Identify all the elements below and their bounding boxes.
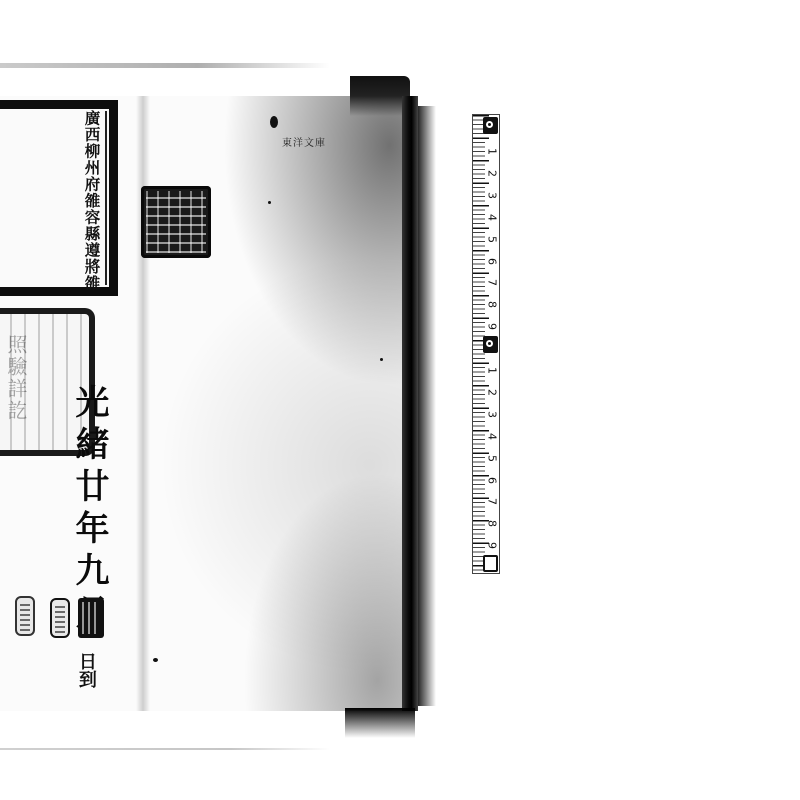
ink-spot	[268, 201, 271, 204]
ruler-number: 8	[486, 299, 499, 311]
small-seal-glyphs	[55, 603, 65, 633]
ruler-number: 5	[486, 233, 499, 245]
ruler-number: 3	[486, 189, 499, 201]
ruler-end-marker	[483, 555, 498, 572]
envelope: 廣西柳州府雒容縣遵將雒 照驗詳訖 東洋文庫 光緒廿年九月 日到	[0, 96, 420, 711]
ruler-number: 2	[486, 167, 499, 179]
ruler-number: 9	[486, 540, 499, 552]
seal-glyphs	[146, 191, 206, 253]
envelope-spine-edge	[402, 96, 418, 711]
sheet-edge-bottom	[0, 748, 330, 750]
envelope-shadow	[418, 106, 436, 706]
ruler-number: 5	[486, 452, 499, 464]
small-seal	[15, 596, 35, 636]
small-seal-glyphs	[20, 601, 30, 631]
sheet-edge-top	[0, 63, 330, 68]
ruler-number: 9	[486, 321, 499, 333]
ruler-number: 3	[486, 408, 499, 420]
sender-mark: 東洋文庫	[282, 134, 326, 149]
ruler-number: 4	[486, 430, 499, 442]
ruler-number: 1	[486, 146, 499, 158]
official-seal-square	[141, 186, 211, 258]
ink-spot	[380, 358, 383, 361]
ruler-start-marker	[483, 117, 498, 134]
date-seal-glyphs	[82, 602, 100, 634]
small-seal	[50, 598, 70, 638]
ruler-number: 6	[486, 474, 499, 486]
stamped-text: 照驗詳訖	[4, 334, 28, 422]
ruler-10cm-marker	[483, 336, 498, 353]
document-scan: 廣西柳州府雒容縣遵將雒 照驗詳訖 東洋文庫 光緒廿年九月 日到 12345678…	[0, 0, 800, 800]
ruler-number: 8	[486, 518, 499, 530]
ruler-number: 2	[486, 386, 499, 398]
envelope-flap-shadow	[350, 76, 410, 116]
ruler-number: 4	[486, 211, 499, 223]
date-seal	[78, 598, 104, 638]
ink-spot	[270, 116, 278, 128]
address-label-text: 廣西柳州府雒容縣遵將雒	[84, 110, 100, 292]
scale-ruler: 123456789123456789	[472, 114, 500, 574]
ruler-number: 7	[486, 496, 499, 508]
ruler-number: 7	[486, 277, 499, 289]
ink-spot	[153, 658, 158, 662]
arrival-mark: 日到	[76, 652, 95, 688]
ruler-number: 6	[486, 255, 499, 267]
envelope-bottom-shadow	[345, 708, 415, 738]
ruler-number: 1	[486, 365, 499, 377]
